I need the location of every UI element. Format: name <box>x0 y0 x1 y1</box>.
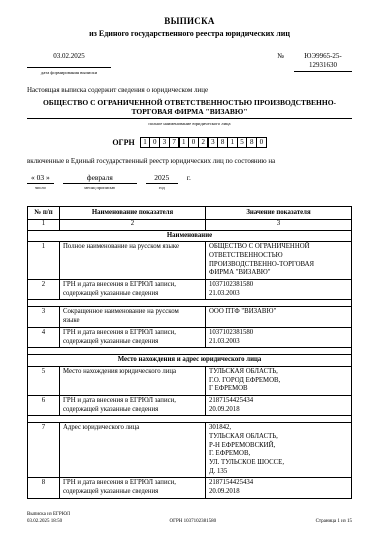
ogrn-row: ОГРН 1 0 3 7 1 0 2 3 8 1 5 8 0 <box>27 137 352 148</box>
row-value: 301842, ТУЛЬСКАЯ ОБЛАСТЬ, Р-Н ЕФРЕМОВСКИ… <box>206 423 352 478</box>
document-title: ВЫПИСКА <box>27 16 352 26</box>
row-value: 2187154425434 20.09.2018 <box>206 395 352 415</box>
row-value: 2187154425434 20.09.2018 <box>206 478 352 498</box>
spacer-cell <box>28 300 352 307</box>
table-row: 4 ГРН и дата внесения в ЕГРЮЛ записи, со… <box>28 327 352 347</box>
as-of-day-caption: число <box>27 185 54 190</box>
company-full-name: ОБЩЕСТВО С ОГРАНИЧЕННОЙ ОТВЕТСТВЕННОСТЬЮ… <box>27 98 352 117</box>
row-value: ТУЛЬСКАЯ ОБЛАСТЬ, Г.О. ГОРОД ЕФРЕМОВ, Г … <box>206 366 352 395</box>
form-date-caption: дата формирования выписки <box>27 70 111 75</box>
row-value: 1037102381580 21.03.2003 <box>206 327 352 347</box>
as-of-year-suffix: г. <box>187 173 191 182</box>
row-value: 1037102381580 21.03.2003 <box>206 280 352 300</box>
col-header-name: Наименование показателя <box>60 207 206 220</box>
intro-line: Настоящая выписка содержит сведения о юр… <box>27 86 352 94</box>
row-num: 8 <box>28 478 60 498</box>
row-num: 2 <box>28 280 60 300</box>
row-value: ОБЩЕСТВО С ОГРАНИЧЕННОЙ ОТВЕТСТВЕННОСТЬЮ… <box>206 242 352 280</box>
section-title: Место нахождения и адрес юридического ли… <box>28 355 352 367</box>
as-of-year: 2025 <box>146 173 178 184</box>
row-num: 3 <box>28 307 60 327</box>
meta-row: 03.02.2025 дата формирования выписки № Ю… <box>27 52 352 75</box>
table-row: 7 Адрес юридического лица 301842, ТУЛЬСК… <box>28 423 352 478</box>
spacer-row <box>28 416 352 423</box>
col-header-value: Значение показателя <box>206 207 352 220</box>
page-footer: Выписка из ЕГРЮЛ 03.02.2025 18:50 ОГРН 1… <box>27 511 352 525</box>
number-sign: № <box>277 52 284 72</box>
included-line: включенные в Единый государственный реес… <box>27 157 352 165</box>
row-num: 6 <box>28 395 60 415</box>
section-row-name: Наименование <box>28 230 352 242</box>
section-row-address: Место нахождения и адрес юридического ли… <box>28 355 352 367</box>
document-page: ВЫПИСКА из Единого государственного реес… <box>0 0 379 539</box>
extract-number: ЮЭ9965-25- 12931630 <box>294 52 352 72</box>
extract-number-line2: 12931630 <box>294 61 352 70</box>
as-of-day-field: « 03 » число <box>27 173 54 191</box>
table-row: 2 ГРН и дата внесения в ЕГРЮЛ записи, со… <box>28 280 352 300</box>
col-number: 2 <box>60 219 206 230</box>
row-num: 7 <box>28 423 60 478</box>
row-num: 1 <box>28 242 60 280</box>
registry-table: № п/п Наименование показателя Значение п… <box>27 206 352 499</box>
spacer-cell <box>28 416 352 423</box>
row-name: Полное наименование на русском языке <box>60 242 206 280</box>
spacer-row <box>28 300 352 307</box>
footer-ogrn: ОГРН 1037102381580 <box>169 518 216 525</box>
extract-number-block: № ЮЭ9965-25- 12931630 <box>277 52 352 72</box>
table-header-row: № п/п Наименование показателя Значение п… <box>28 207 352 220</box>
row-name: ГРН и дата внесения в ЕГРЮЛ записи, соде… <box>60 395 206 415</box>
spacer-cell <box>28 348 352 355</box>
row-num: 4 <box>28 327 60 347</box>
col-number: 3 <box>206 219 352 230</box>
row-name: Адрес юридического лица <box>60 423 206 478</box>
as-of-day: « 03 » <box>27 173 54 184</box>
ogrn-label: ОГРН <box>112 138 134 147</box>
row-name: ГРН и дата внесения в ЕГРЮЛ записи, соде… <box>60 478 206 498</box>
footer-datetime: 03.02.2025 18:50 <box>27 518 70 525</box>
company-name-caption: полное наименование юридического лица <box>27 121 352 126</box>
ogrn-digit: 0 <box>256 137 267 148</box>
as-of-month-field: февраля месяц прописью <box>63 173 137 191</box>
table-row: 5 Место нахождения юридического лица ТУЛ… <box>28 366 352 395</box>
row-name: Место нахождения юридического лица <box>60 366 206 395</box>
company-name-block: ОБЩЕСТВО С ОГРАНИЧЕННОЙ ОТВЕТСТВЕННОСТЬЮ… <box>27 98 352 120</box>
col-number: 1 <box>28 219 60 230</box>
extract-number-line1: ЮЭ9965-25- <box>294 52 352 61</box>
row-num: 5 <box>28 366 60 395</box>
table-row: 1 Полное наименование на русском языке О… <box>28 242 352 280</box>
as-of-month: февраля <box>63 173 137 184</box>
footer-page-number: Страница 1 из 15 <box>316 518 352 525</box>
row-value: ООО ПТФ "ВИЗАВЮ" <box>206 307 352 327</box>
row-name: ГРН и дата внесения в ЕГРЮЛ записи, соде… <box>60 327 206 347</box>
as-of-year-caption: год <box>146 185 178 190</box>
table-row: 6 ГРН и дата внесения в ЕГРЮЛ записи, со… <box>28 395 352 415</box>
spacer-row <box>28 348 352 355</box>
as-of-date-row: « 03 » число февраля месяц прописью 2025… <box>27 173 352 191</box>
ogrn-digit-boxes: 1 0 3 7 1 0 2 3 8 1 5 8 0 <box>140 137 267 148</box>
table-colnum-row: 1 2 3 <box>28 219 352 230</box>
as-of-year-field: 2025 год <box>146 173 178 191</box>
as-of-month-caption: месяц прописью <box>63 185 137 190</box>
footer-left: Выписка из ЕГРЮЛ 03.02.2025 18:50 <box>27 511 70 525</box>
footer-doc-type: Выписка из ЕГРЮЛ <box>27 511 70 518</box>
col-header-num: № п/п <box>28 207 60 220</box>
section-title: Наименование <box>28 230 352 242</box>
table-row: 3 Сокращенное наименование на русском яз… <box>28 307 352 327</box>
form-date-block: 03.02.2025 дата формирования выписки <box>27 52 111 75</box>
document-subtitle: из Единого государственного реестра юрид… <box>27 29 352 38</box>
row-name: ГРН и дата внесения в ЕГРЮЛ записи, соде… <box>60 280 206 300</box>
table-row: 8 ГРН и дата внесения в ЕГРЮЛ записи, со… <box>28 478 352 498</box>
form-date: 03.02.2025 <box>27 52 111 68</box>
row-name: Сокращенное наименование на русском язык… <box>60 307 206 327</box>
